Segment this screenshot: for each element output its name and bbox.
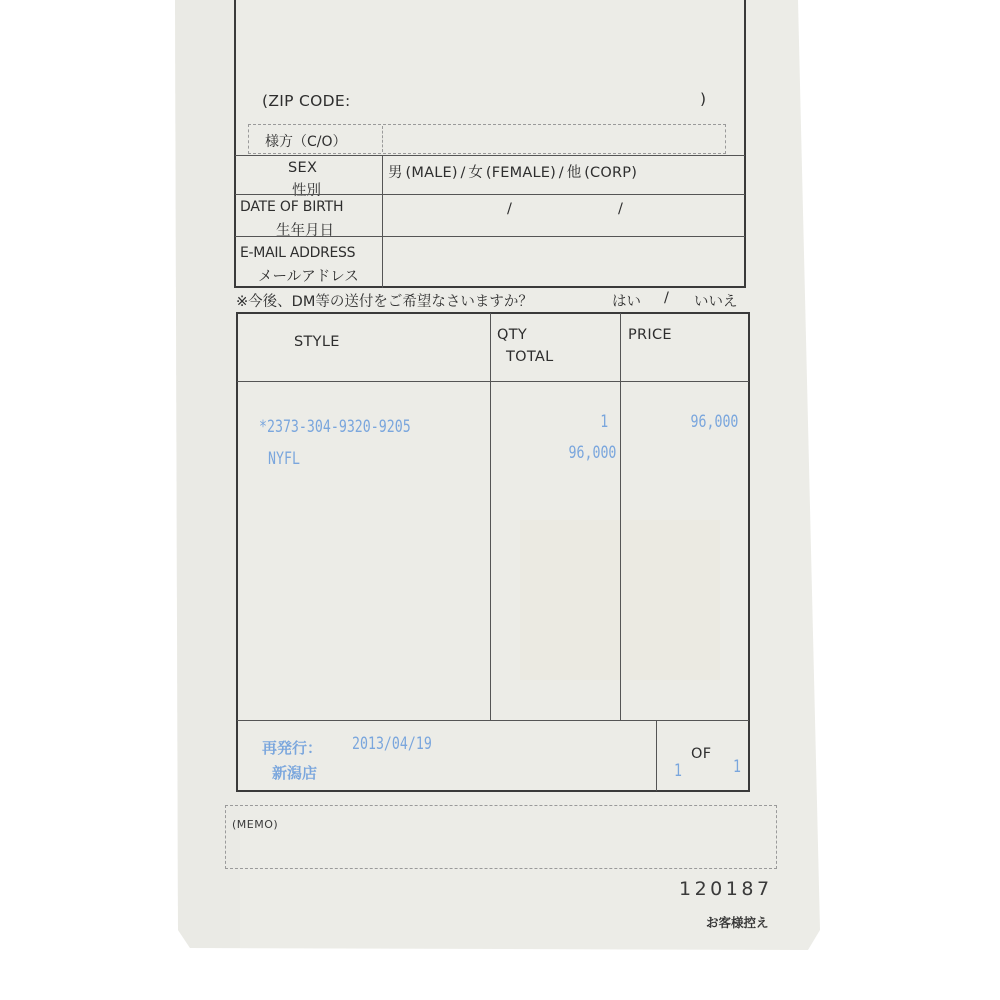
dm-yes-option[interactable]: はい [612,290,641,311]
email-label-en: E-MAIL ADDRESS [240,245,355,261]
item-price: 96,000 [690,412,738,432]
sex-label-en: SEX [288,160,317,176]
store-name: 新潟店 [272,762,317,783]
dm-separator: / [664,290,669,306]
header-total: TOTAL [506,349,554,365]
dm-question: ※今後、DM等の送付をご希望なさいますか？ [236,290,533,311]
memo-field[interactable] [225,805,777,869]
header-price: PRICE [628,327,672,343]
dob-input[interactable] [385,196,743,234]
receipt-number: 120187 [679,878,773,900]
receipt-paper: (ZIP CODE: ) 様方（C/O） SEX 性別 男 (MALE) / 女… [0,0,1000,1000]
copy-label: お客様控え [706,913,769,931]
page-total: 1 [733,757,741,777]
item-qty: 1 [600,412,608,432]
dm-no-option[interactable]: いいえ [694,290,738,311]
sex-label-jp: 性別 [292,179,321,200]
item-total: 96,000 [568,443,616,463]
header-style: STYLE [294,334,340,350]
item-style-name: NYFL [268,449,300,469]
page-of-label: OF [691,746,711,762]
zip-code-label: (ZIP CODE: [262,92,351,110]
reissue-label: 再発行： [262,737,322,758]
email-label-jp: メールアドレス [258,265,359,286]
reissue-date: 2013/04/19 [352,734,432,754]
header-qty: QTY [497,327,527,343]
email-input[interactable] [385,238,743,286]
memo-label: (MEMO) [232,818,278,831]
care-of-input[interactable] [385,127,723,151]
dob-label-en: DATE OF BIRTH [240,199,343,215]
item-style-code: *2373-304-9320-9205 [259,417,411,437]
zip-code-close: ) [700,90,706,108]
page-current: 1 [674,761,682,781]
care-of-label: 様方（C/O） [265,131,347,151]
sex-options[interactable]: 男 (MALE) / 女 (FEMALE) / 他 (CORP) [388,161,637,182]
